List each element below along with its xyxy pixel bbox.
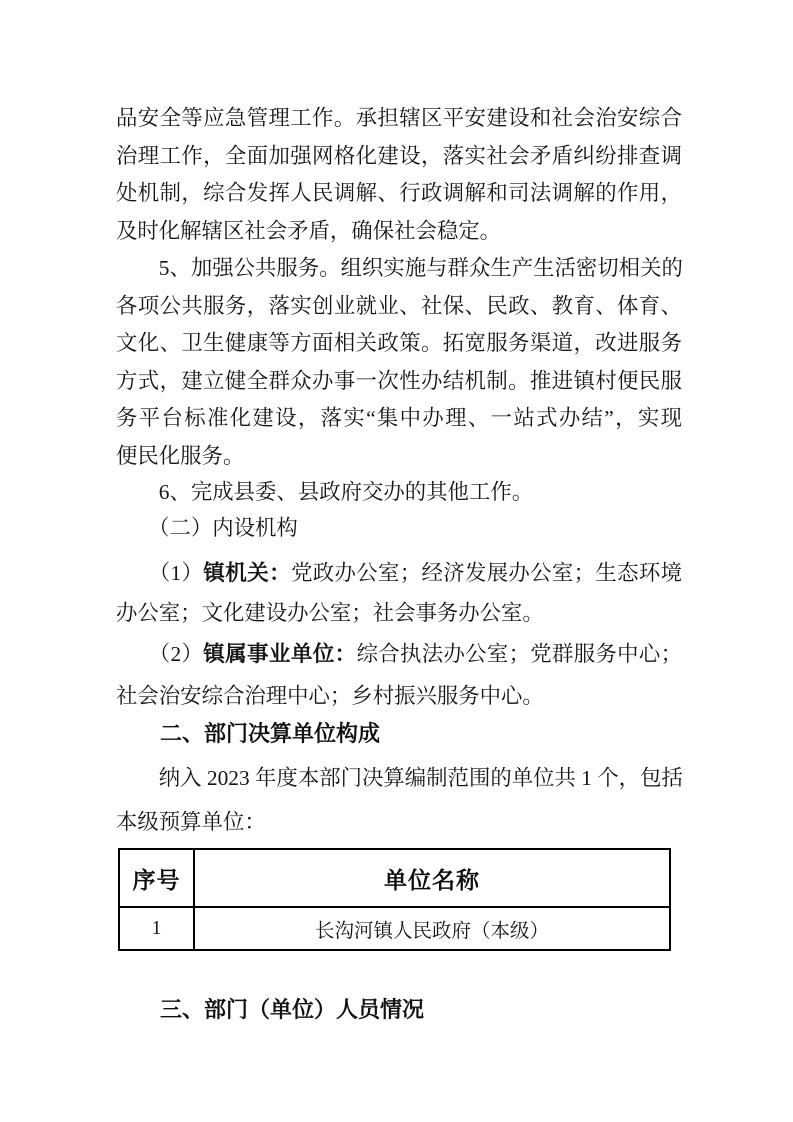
text-line: 各项公共服务，落实创业就业、社保、民政、教育、体育、 <box>116 288 682 326</box>
heading-section-two: 二、部门决算单位构成 <box>160 719 380 749</box>
col-header-index: 序号 <box>119 849 194 907</box>
text-line: 便民化服务。 <box>116 438 682 476</box>
paragraph-other-tasks: 6、完成县委、县政府交办的其他工作。 <box>116 474 682 512</box>
text-line: 及时化解辖区社会矛盾，确保社会稳定。 <box>116 213 682 251</box>
text-segment: 务平台标准化建设，落实“集中办理、一站式办结”，实现 <box>116 406 682 430</box>
text-line: 方式，建立健全群众办事一次性办结机制。推进镇村便民服 <box>116 363 682 401</box>
cell-unit-name: 长沟河镇人民政府（本级） <box>194 907 670 950</box>
text-segment: 6、完成县委、县政府交办的其他工作。 <box>116 480 533 504</box>
text-line: （二）内设机构 <box>116 510 682 548</box>
text-line: 纳入 2023 年度本部门决算编制范围的单位共 1 个，包括 <box>116 756 682 800</box>
text-segment: 文化、卫生健康等方面相关政策。拓宽服务渠道，改进服务 <box>116 331 682 355</box>
heading-section-three: 三、部门（单位）人员情况 <box>160 995 424 1025</box>
paragraph-town-institutions: （2）镇属事业单位：综合执法办公室；党群服务中心；社会治安综合治理中心；乡村振兴… <box>116 633 682 717</box>
paragraph-internal-orgs: （二）内设机构 <box>116 510 682 548</box>
text-line: 5、加强公共服务。组织实施与群众生产生活密切相关的 <box>116 250 682 288</box>
text-line: 务平台标准化建设，落实“集中办理、一站式办结”，实现 <box>116 400 682 438</box>
text-line: 本级预算单位： <box>116 800 682 844</box>
document-page: 品安全等应急管理工作。承担辖区平安建设和社会治安综合治理工作，全面加强网格化建设… <box>0 0 793 1122</box>
text-line: （1）镇机关：党政办公室；经济发展办公室；生态环境 <box>116 553 682 593</box>
text-segment: 5、加强公共服务。组织实施与群众生产生活密切相关的 <box>116 256 683 280</box>
text-line: 6、完成县委、县政府交办的其他工作。 <box>116 474 682 512</box>
paragraph-town-organs: （1）镇机关：党政办公室；经济发展办公室；生态环境办公室；文化建设办公室；社会事… <box>116 553 682 633</box>
text-line: （2）镇属事业单位：综合执法办公室；党群服务中心； <box>116 633 682 675</box>
text-segment: 各项公共服务，落实创业就业、社保、民政、教育、体育、 <box>116 294 682 318</box>
table-header-row: 序号单位名称 <box>119 849 670 907</box>
paragraph-continuation: 品安全等应急管理工作。承担辖区平安建设和社会治安综合治理工作，全面加强网格化建设… <box>116 100 682 250</box>
text-segment: （1） <box>116 561 203 585</box>
text-segment: 党政办公室；经济发展办公室；生态环境 <box>291 561 682 585</box>
text-segment: 及时化解辖区社会矛盾，确保社会稳定。 <box>116 219 501 243</box>
text-segment: 方式，建立健全群众办事一次性办结机制。推进镇村便民服 <box>116 369 682 393</box>
text-segment: （2） <box>116 642 203 666</box>
text-segment: 治理工作，全面加强网格化建设，落实社会矛盾纠纷排查调 <box>116 144 682 168</box>
paragraph-unit-scope: 纳入 2023 年度本部门决算编制范围的单位共 1 个，包括本级预算单位： <box>116 756 682 844</box>
text-segment: 社会治安综合治理中心；乡村振兴服务中心。 <box>116 684 544 708</box>
text-segment: （二）内设机构 <box>116 516 298 540</box>
text-segment: 处机制，综合发挥人民调解、行政调解和司法调解的作用， <box>116 181 682 205</box>
text-segment: 本级预算单位： <box>116 810 266 834</box>
bold-label: 镇机关： <box>203 560 291 585</box>
text-segment: 品安全等应急管理工作。承担辖区平安建设和社会治安综合 <box>116 106 682 130</box>
table-row: 1长沟河镇人民政府（本级） <box>119 907 670 950</box>
text-line: 文化、卫生健康等方面相关政策。拓宽服务渠道，改进服务 <box>116 325 682 363</box>
text-segment: 综合执法办公室；党群服务中心； <box>357 642 682 666</box>
bold-label: 镇属事业单位： <box>203 641 356 666</box>
text-segment: 便民化服务。 <box>116 444 244 468</box>
text-line: 品安全等应急管理工作。承担辖区平安建设和社会治安综合 <box>116 100 682 138</box>
paragraph-public-service: 5、加强公共服务。组织实施与群众生产生活密切相关的各项公共服务，落实创业就业、社… <box>116 250 682 475</box>
col-header-unit-name: 单位名称 <box>194 849 670 907</box>
cell-index: 1 <box>119 907 194 950</box>
text-line: 社会治安综合治理中心；乡村振兴服务中心。 <box>116 675 682 717</box>
units-table: 序号单位名称1长沟河镇人民政府（本级） <box>118 848 671 951</box>
text-line: 处机制，综合发挥人民调解、行政调解和司法调解的作用， <box>116 175 682 213</box>
text-line: 治理工作，全面加强网格化建设，落实社会矛盾纠纷排查调 <box>116 138 682 176</box>
text-segment: 办公室；文化建设办公室；社会事务办公室。 <box>116 601 544 625</box>
text-line: 办公室；文化建设办公室；社会事务办公室。 <box>116 593 682 633</box>
text-segment: 纳入 2023 年度本部门决算编制范围的单位共 1 个，包括 <box>116 766 683 790</box>
